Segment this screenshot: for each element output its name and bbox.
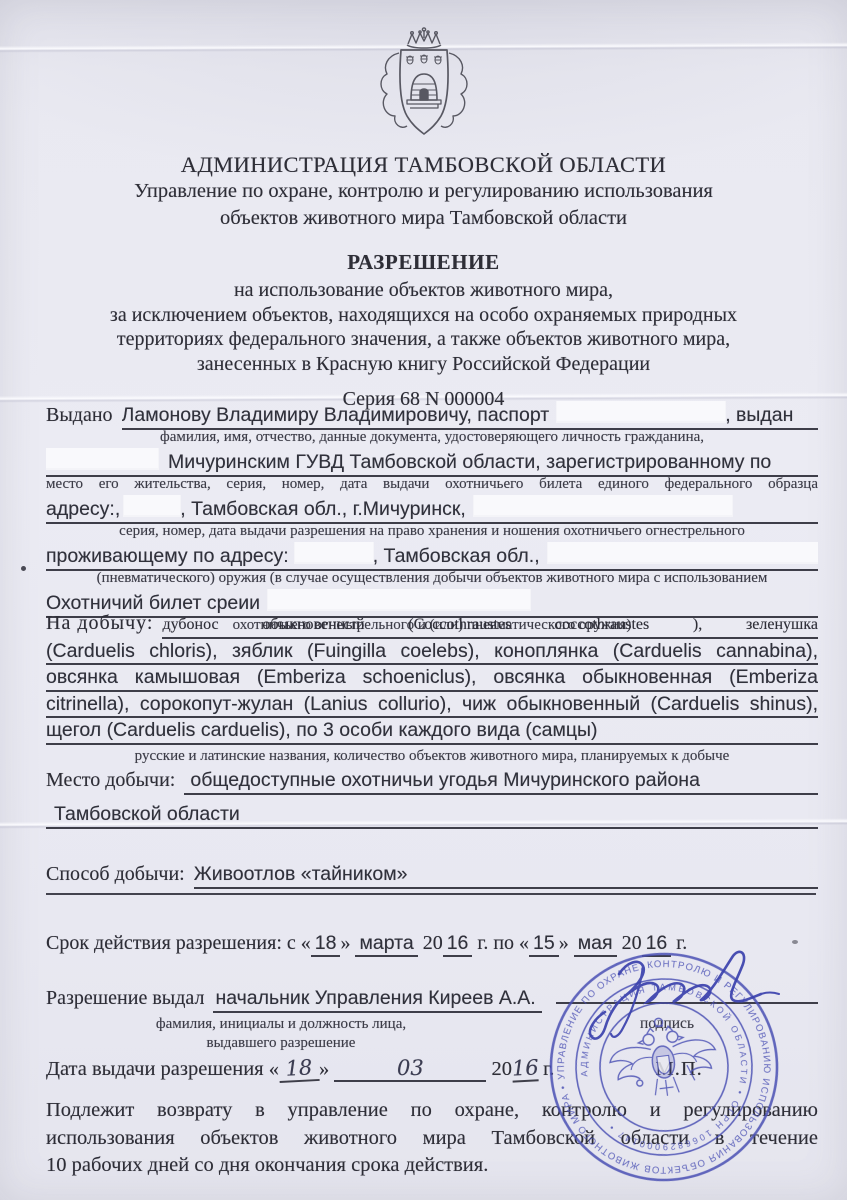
redaction-box	[548, 542, 818, 562]
title-block: РАЗРЕШЕНИЕ на использование объектов жив…	[0, 250, 847, 411]
quarry-line: На добычу: дубонос обыкновенный (Coccoth…	[46, 612, 818, 639]
scanned-permit-document: АДМИНИСТРАЦИЯ ТАМБОВСКОЙ ОБЛАСТИ Управле…	[0, 0, 847, 1200]
subtitle-line: за исключением объектов, находящихся на …	[0, 303, 847, 328]
field-location-line2: Тамбовской области	[46, 802, 818, 832]
field-issued-to-line4: проживающему по адресу: , Тамбовская обл…	[46, 542, 818, 568]
location-value: общедоступные охотничьи угодья Мичуринск…	[190, 768, 700, 793]
address-city: , Тамбовская обл., г.Мичуринск,	[180, 497, 466, 522]
org-subtitle-line-2: объектов животного мира Тамбовской облас…	[0, 205, 847, 232]
quarry-line: (Carduelis chloris), зяблик (Fuingilla c…	[46, 639, 818, 666]
validity-day-to: 15	[529, 932, 559, 957]
quarry-line: щегол (Carduelis carduelis), по 3 особи …	[46, 718, 818, 745]
document-header: АДМИНИСТРАЦИЯ ТАМБОВСКОЙ ОБЛАСТИ Управле…	[0, 26, 847, 232]
subtitle-line: занесенных в Красную книгу Российской Фе…	[0, 352, 847, 377]
field-issued-to-line2: Мичуринским ГУВД Тамбовской области, зар…	[46, 448, 818, 474]
subtitle-line: территориях федерального значения, а так…	[0, 327, 847, 352]
quarry-species: дубонос обыкновенный (Coccothraustes coc…	[162, 612, 818, 639]
quarry-line: citrinella), сорокопут-жулан (Lanius col…	[46, 692, 818, 719]
redaction-box	[474, 495, 732, 515]
quarry-label: На добычу:	[46, 612, 162, 635]
redaction-box	[557, 401, 725, 421]
location-label: Место добычи:	[46, 768, 184, 793]
field-caption: серия, номер, дата выдачи разрешения на …	[46, 523, 818, 539]
issuer-name-title: начальник Управления Киреев А.А.	[213, 986, 541, 1013]
redaction-box	[268, 589, 530, 609]
document-title: РАЗРЕШЕНИЕ	[0, 250, 847, 275]
issuer-caption-line2: выдавшего разрешение	[46, 1034, 516, 1053]
validity-day-from: 18	[311, 932, 341, 957]
issuer-label: Разрешение выдал	[46, 986, 213, 1011]
method-section: Способ добычи: Живоотлов «тайником»	[46, 862, 818, 892]
field-method: Способ добычи: Живоотлов «тайником»	[46, 862, 818, 892]
quarry-section: На добычу: дубонос обыкновенный (Coccoth…	[46, 612, 818, 765]
tambov-coat-of-arms-icon	[365, 26, 483, 148]
location-value-2: Тамбовской области	[54, 802, 240, 827]
issue-date-text: Дата выдачи разрешения «	[46, 1058, 279, 1080]
residence-prefix: проживающему по адресу:	[46, 544, 289, 569]
passport-issuer: Мичуринским ГУВД Тамбовской области, зар…	[168, 450, 771, 475]
address-prefix: адресу:,	[46, 497, 120, 522]
holder-name-and-passport: Ламонову Владимиру Владимировичу, паспор…	[122, 403, 550, 428]
scan-artifact-dot	[21, 566, 26, 571]
field-location: Место добычи: общедоступные охотничьи уг…	[46, 768, 818, 798]
org-subtitle-line-1: Управление по охране, контролю и регулир…	[0, 178, 847, 205]
issue-date-day: 18	[278, 1055, 319, 1083]
issue-date-month: 03	[334, 1056, 486, 1082]
issued-to-label: Выдано	[46, 403, 122, 428]
issue-date-year: 16	[511, 1055, 538, 1082]
redaction-box	[124, 495, 180, 515]
issuer-caption: фамилия, инициалы и должность лица, выда…	[46, 1015, 516, 1052]
issued-to-section: Выдано Ламонову Владимиру Владимировичу,…	[46, 401, 818, 636]
issuer-caption-line1: фамилия, инициалы и должность лица,	[46, 1015, 516, 1034]
quarry-line: овсянка камышовая (Emberiza schoeniclus)…	[46, 665, 818, 692]
field-caption: (пневматического) оружия (в случае осуще…	[46, 570, 818, 586]
field-caption: фамилия, имя, отчество, данные документа…	[46, 429, 818, 445]
field-issued-to-line3: адресу:, , Тамбовская обл., г.Мичуринск,	[46, 495, 818, 521]
subtitle-line: на использование объектов животного мира…	[0, 278, 847, 303]
validity-month-from: марта	[355, 932, 417, 957]
signature	[575, 944, 790, 1054]
redaction-box	[295, 542, 373, 562]
blank-form-line	[46, 893, 816, 895]
location-section: Место добычи: общедоступные охотничьи уг…	[46, 768, 818, 832]
field-issued-to-line1: Выдано Ламонову Владимиру Владимировичу,…	[46, 401, 818, 427]
redaction-box	[46, 448, 158, 468]
org-name: АДМИНИСТРАЦИЯ ТАМБОВСКОЙ ОБЛАСТИ	[0, 152, 847, 178]
method-label: Способ добычи:	[46, 862, 194, 887]
method-value: Живоотлов «тайником»	[194, 862, 408, 887]
quarry-caption: русские и латинские названия, количество…	[46, 748, 818, 765]
residence-region: , Тамбовская обл.,	[373, 544, 540, 569]
validity-text: Срок действия разрешения: с «	[46, 932, 311, 954]
field-caption: место его жительства, серия, номер, дата…	[46, 476, 818, 492]
validity-year-from: 16	[443, 932, 473, 957]
issued-by-word: , выдан	[725, 403, 793, 428]
